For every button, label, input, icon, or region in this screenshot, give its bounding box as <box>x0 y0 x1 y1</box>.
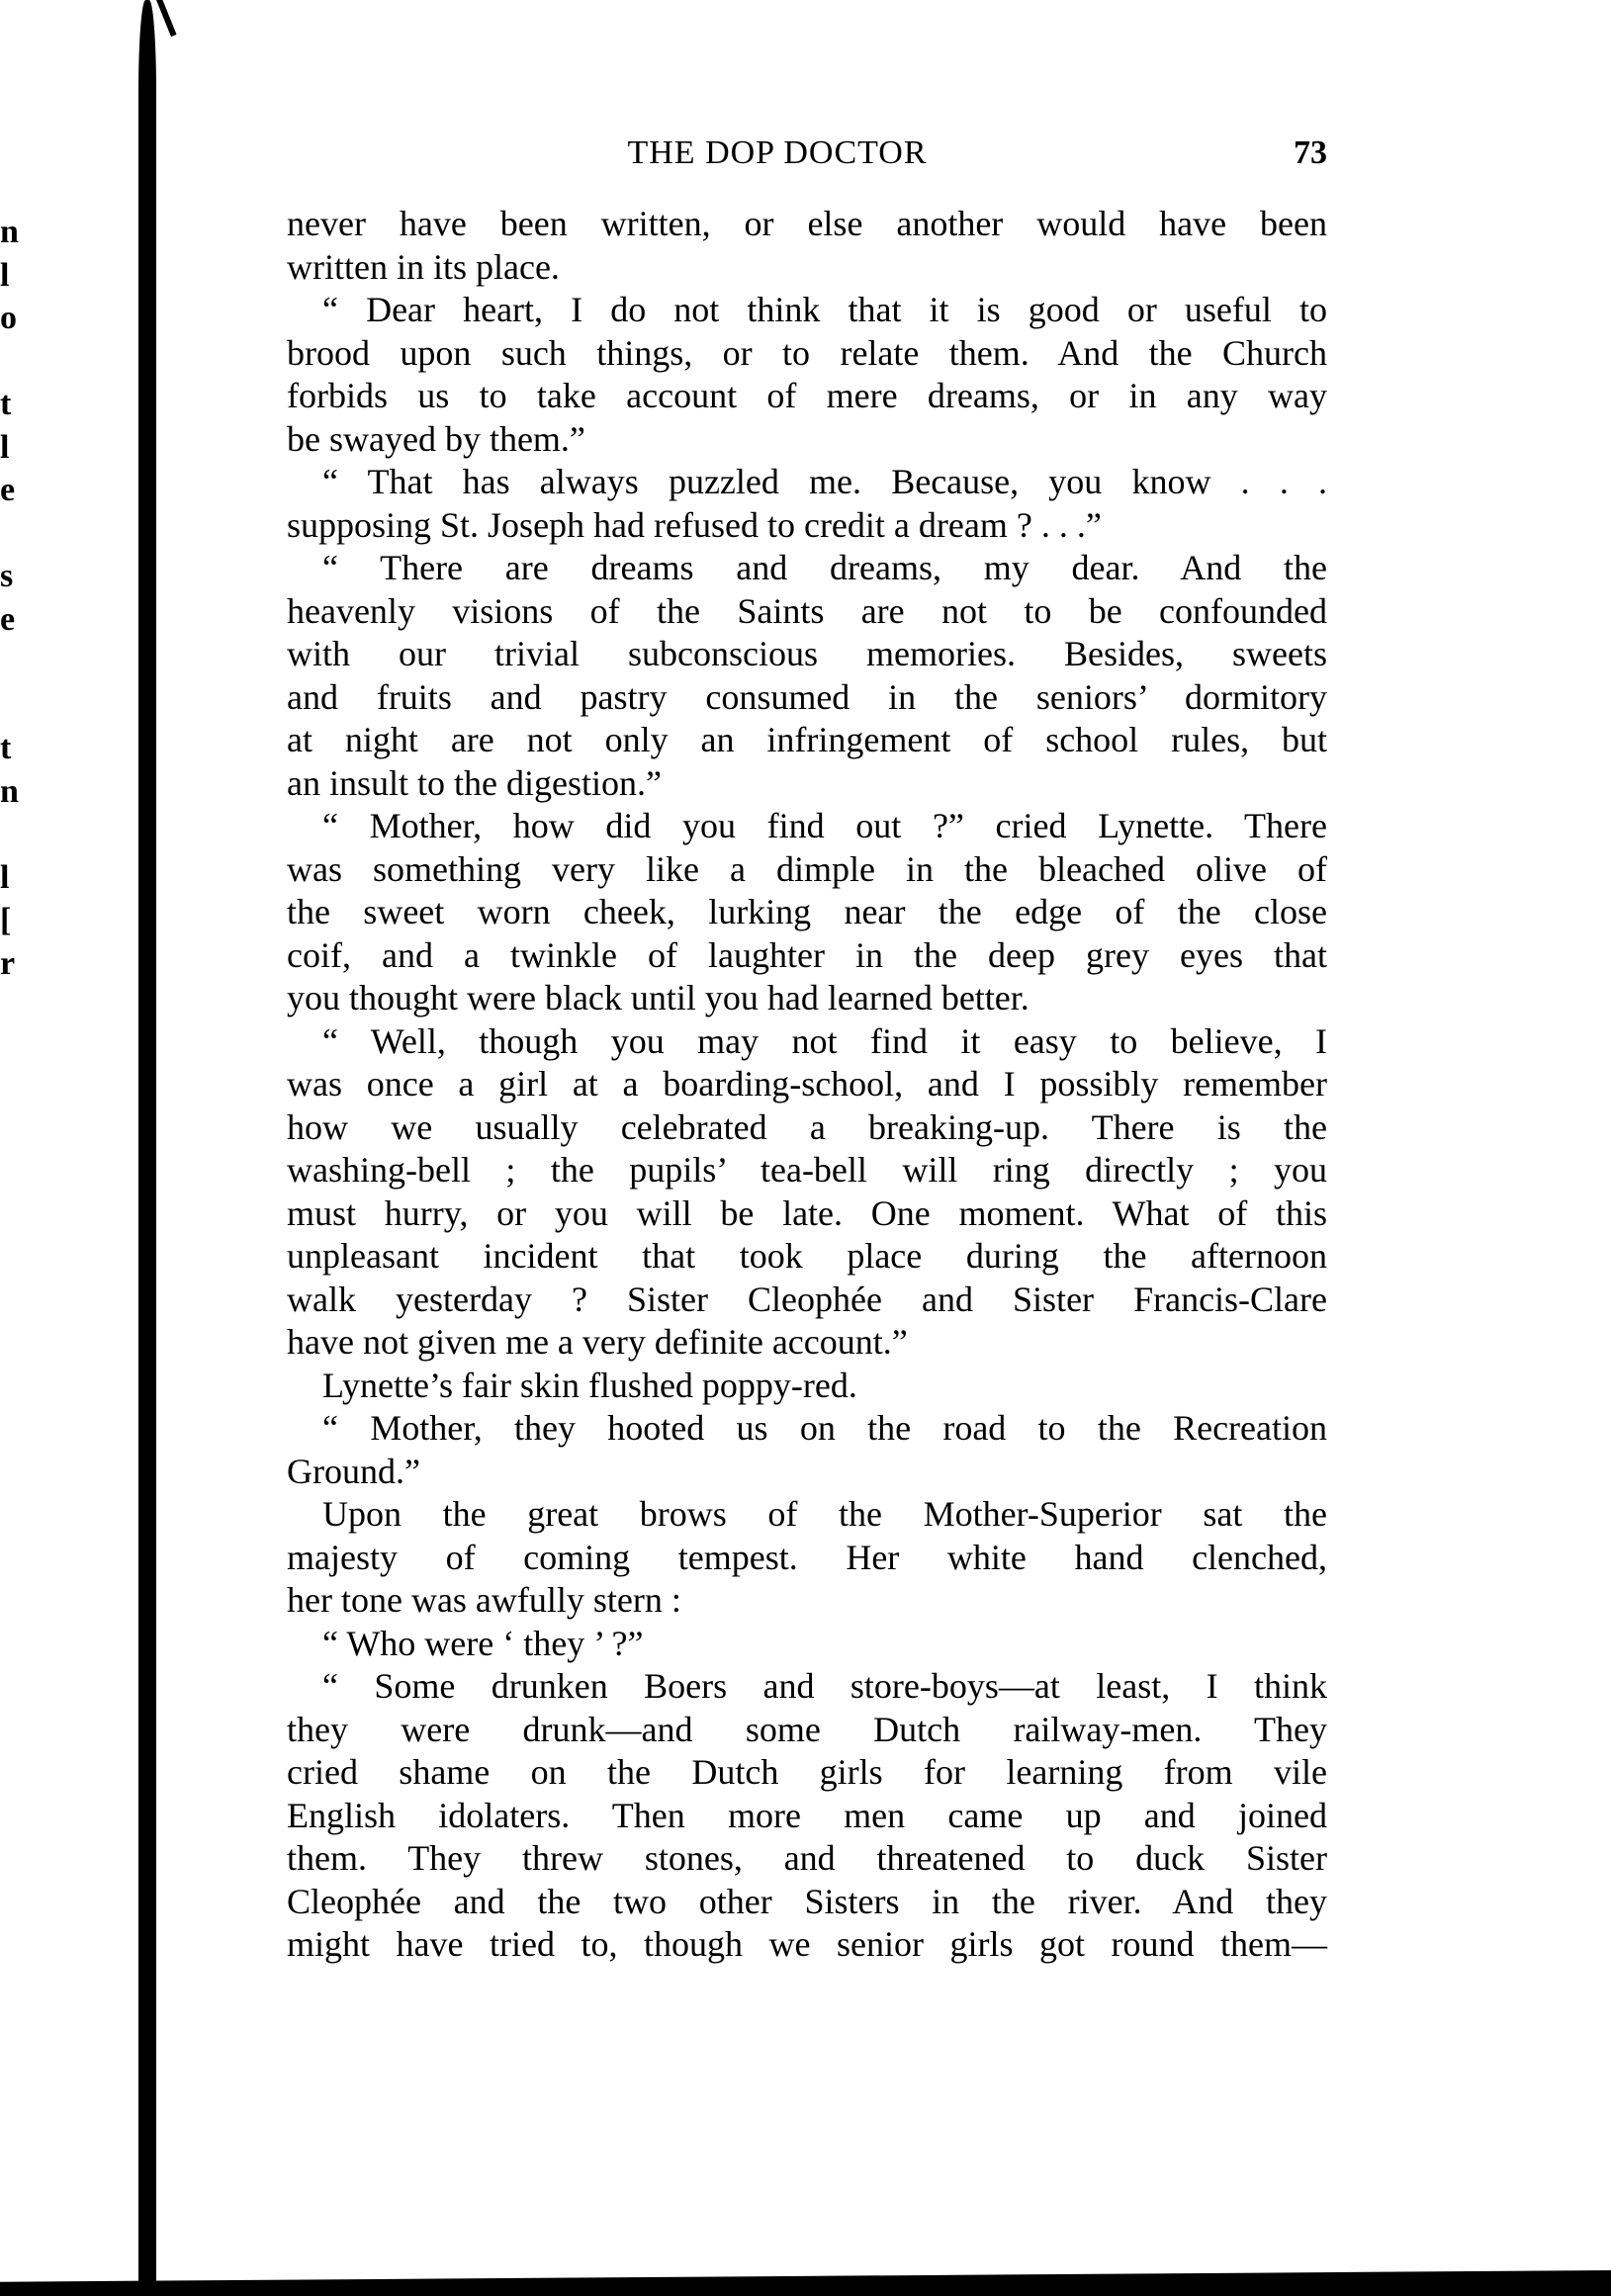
running-head: THE DOP DOCTOR 73 <box>287 134 1327 178</box>
margin-fragment: l <box>0 259 9 293</box>
text-line: them. They threw stones, and threatened … <box>287 1837 1327 1881</box>
text-line: supposing St. Joseph had refused to cred… <box>287 504 1327 548</box>
margin-fragment: n <box>0 775 19 809</box>
text-line: unpleasant incident that took place duri… <box>287 1235 1327 1279</box>
text-line: coif, and a twinkle of laughter in the d… <box>287 934 1327 978</box>
text-line: be swayed by them.” <box>287 418 1327 462</box>
margin-fragment: n <box>0 216 19 249</box>
text-line: “ Dear heart, I do not think that it is … <box>287 289 1327 332</box>
margin-fragment: l <box>0 431 9 465</box>
text-line: written in its place. <box>287 246 1327 290</box>
text-line: at night are not only an infringement of… <box>287 719 1327 762</box>
text-line: “ Mother, how did you find out ?” cried … <box>287 805 1327 848</box>
book-title: THE DOP DOCTOR <box>287 134 1327 172</box>
text-line: Upon the great brows of the Mother-Super… <box>287 1493 1327 1537</box>
text-line: how we usually celebrated a breaking-up.… <box>287 1106 1327 1150</box>
text-line: was once a girl at a boarding-school, an… <box>287 1063 1327 1106</box>
text-line: walk yesterday ? Sister Cleophée and Sis… <box>287 1279 1327 1322</box>
text-line: heavenly visions of the Saints are not t… <box>287 590 1327 634</box>
margin-fragment: l <box>0 861 9 895</box>
text-line: Ground.” <box>287 1451 1327 1494</box>
margin-fragment: s <box>0 560 13 593</box>
facing-page-fragments: n l o t l e s e t n l [ r <box>0 0 30 2296</box>
text-line: “ That has always puzzled me. Because, y… <box>287 461 1327 504</box>
scan-bottom-edge <box>0 2270 1611 2296</box>
text-line: “ Who were ‘ they ’ ?” <box>287 1623 1327 1666</box>
text-line: “ Some drunken Boers and store-boys—at l… <box>287 1665 1327 1709</box>
gutter-lower-stroke <box>143 1088 153 2284</box>
margin-fragment: [ <box>0 904 11 937</box>
text-line: majesty of coming tempest. Her white han… <box>287 1537 1327 1580</box>
margin-fragment: t <box>0 732 11 765</box>
margin-fragment: e <box>0 474 15 507</box>
text-line: “ Well, though you may not find it easy … <box>287 1020 1327 1064</box>
text-line: cried shame on the Dutch girls for learn… <box>287 1751 1327 1795</box>
text-line: was something very like a dimple in the … <box>287 848 1327 892</box>
text-line: the sweet worn cheek, lurking near the e… <box>287 891 1327 934</box>
text-line: they were drunk—and some Dutch railway-m… <box>287 1709 1327 1752</box>
text-line: with our trivial subconscious memories. … <box>287 633 1327 676</box>
text-line: an insult to the digestion.” <box>287 762 1327 806</box>
gutter-top-stroke <box>156 0 177 37</box>
margin-fragment: o <box>0 302 17 335</box>
margin-fragment: r <box>0 947 15 981</box>
text-line: brood upon such things, or to relate the… <box>287 332 1327 376</box>
text-line: English idolaters. Then more men came up… <box>287 1795 1327 1838</box>
text-line: washing-bell ; the pupils’ tea-bell will… <box>287 1149 1327 1192</box>
text-line: Lynette’s fair skin flushed poppy-red. <box>287 1365 1327 1408</box>
margin-fragment: e <box>0 603 15 637</box>
text-line: forbids us to take account of mere dream… <box>287 375 1327 418</box>
text-line: her tone was awfully stern : <box>287 1579 1327 1623</box>
margin-fragment: t <box>0 388 11 421</box>
text-line: might have tried to, though we senior gi… <box>287 1923 1327 1967</box>
text-line: Cleophée and the two other Sisters in th… <box>287 1881 1327 1924</box>
text-line: “ Mother, they hooted us on the road to … <box>287 1407 1327 1451</box>
text-line: have not given me a very definite accoun… <box>287 1321 1327 1365</box>
text-line: “ There are dreams and dreams, my dear. … <box>287 547 1327 590</box>
text-line: you thought were black until you had lea… <box>287 977 1327 1020</box>
text-line: must hurry, or you will be late. One mom… <box>287 1192 1327 1236</box>
page-number: 73 <box>1294 134 1327 172</box>
page-body: never have been written, or else another… <box>287 203 1327 1967</box>
text-line: never have been written, or else another… <box>287 203 1327 246</box>
text-line: and fruits and pastry consumed in the se… <box>287 676 1327 720</box>
